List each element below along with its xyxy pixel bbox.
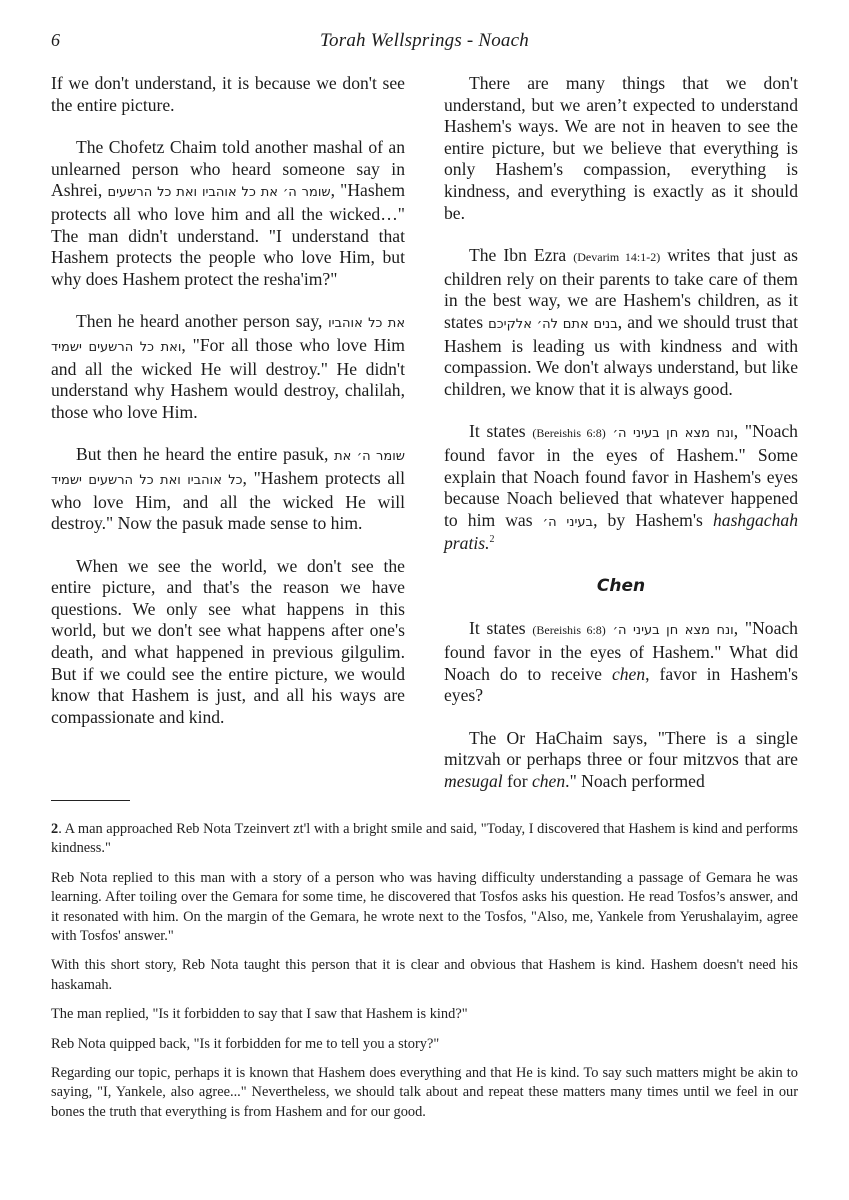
text: But then he heard the entire pasuk, — [76, 444, 334, 464]
paragraph: Then he heard another person say, את כל … — [51, 311, 405, 423]
footnote: 2. A man approached Reb Nota Tzeinvert z… — [51, 820, 798, 859]
hebrew-quote: בנים אתם לה׳ אלקיכם — [488, 317, 618, 332]
paragraph: The Chofetz Chaim told another mashal of… — [51, 137, 405, 290]
text: . A man approached Reb Nota Tzeinvert zt… — [51, 821, 798, 856]
footnote-paragraph: The man replied, "Is it forbidden to say… — [51, 1005, 798, 1024]
running-header: 6 Torah Wellsprings - Noach — [51, 30, 798, 56]
section-heading: Chen — [444, 576, 798, 598]
citation: (Bereishis 6:8) — [532, 426, 605, 440]
emphasis: chen — [612, 664, 645, 684]
hebrew-quote: שומר ה׳ את כל אוהביו ואת כל הרשעים — [107, 185, 330, 200]
text: If we don't understand, it is because we… — [51, 73, 405, 115]
text: It states — [469, 421, 532, 441]
text: ." Noach performed — [565, 771, 705, 791]
hebrew-quote: ונח מצא חן בעיני ה׳ — [613, 426, 734, 441]
text: It states — [469, 618, 532, 638]
paragraph: There are many things that we don't unde… — [444, 73, 798, 224]
footnote-paragraph: With this short story, Reb Nota taught t… — [51, 956, 798, 995]
paragraph: If we don't understand, it is because we… — [51, 73, 405, 116]
footnote-paragraph: Reb Nota replied to this man with a stor… — [51, 869, 798, 947]
book-title: Torah Wellsprings - Noach — [51, 30, 798, 52]
citation: (Bereishis 6:8) — [532, 623, 605, 637]
footnote-divider — [51, 800, 130, 801]
text: When we see the world, we don't see the … — [51, 556, 405, 727]
paragraph: When we see the world, we don't see the … — [51, 556, 405, 729]
hebrew-quote: בעיני ה׳ — [543, 515, 593, 530]
right-column: There are many things that we don't unde… — [444, 73, 798, 814]
paragraph: The Ibn Ezra (Devarim 14:1-2) writes tha… — [444, 245, 798, 400]
paragraph: But then he heard the entire pasuk, שומר… — [51, 444, 405, 534]
text: for — [503, 771, 532, 791]
hebrew-quote: ונח מצא חן בעיני ה׳ — [613, 623, 734, 638]
text: The Or HaChaim says, "There is a single … — [444, 728, 798, 770]
footnote-ref[interactable]: 2 — [489, 534, 494, 545]
text: , by Hashem's — [593, 510, 713, 530]
text: Then he heard another person say, — [76, 311, 328, 331]
emphasis: mesugal — [444, 771, 503, 791]
text: There are many things that we don't unde… — [444, 73, 798, 223]
footnotes: 2. A man approached Reb Nota Tzeinvert z… — [51, 820, 798, 1132]
paragraph: It states (Bereishis 6:8) ונח מצא חן בעי… — [444, 618, 798, 706]
paragraph: It states (Bereishis 6:8) ונח מצא חן בעי… — [444, 421, 798, 555]
left-column: If we don't understand, it is because we… — [51, 73, 405, 749]
citation: (Devarim 14:1-2) — [573, 250, 660, 264]
footnote-paragraph: Reb Nota quipped back, "Is it forbidden … — [51, 1035, 798, 1054]
footnote-paragraph: Regarding our topic, perhaps it is known… — [51, 1064, 798, 1122]
paragraph: The Or HaChaim says, "There is a single … — [444, 728, 798, 793]
text: The Ibn Ezra — [469, 245, 573, 265]
document-page: 6 Torah Wellsprings - Noach If we don't … — [0, 0, 849, 1200]
emphasis: chen — [532, 771, 565, 791]
